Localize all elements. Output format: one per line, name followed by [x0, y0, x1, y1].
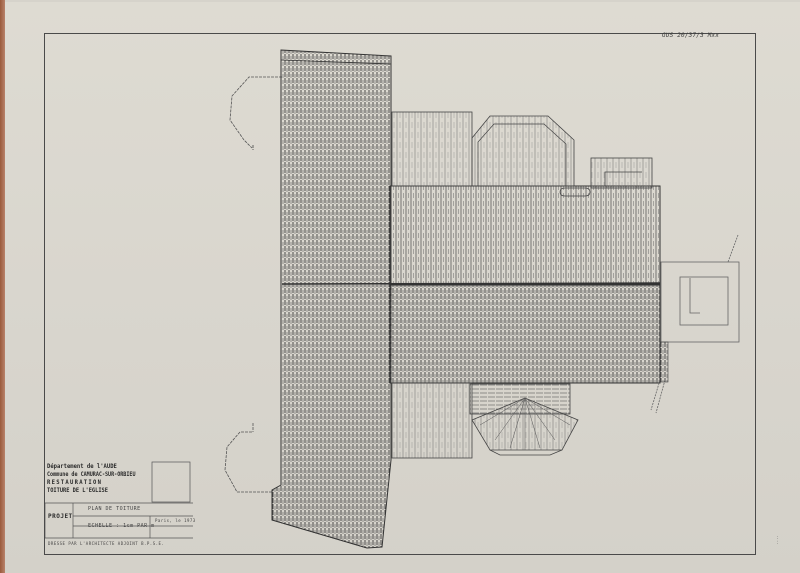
south-octagonal-chapel	[470, 384, 578, 455]
west-tower-roof	[272, 50, 391, 548]
octagon-outline-top	[230, 77, 282, 150]
margin-note: ....	[776, 535, 781, 545]
date-label: Paris, le 1973	[155, 518, 196, 523]
north-apse-chapel	[472, 116, 574, 186]
nave-roof-north	[390, 186, 660, 284]
architect-label: DRESSE PAR L'ARCHITECTE ADJOINT B.P.S.E.	[48, 541, 164, 546]
north-chapel-left	[392, 112, 472, 186]
east-annex-outline	[651, 235, 739, 413]
department-label: Département de l'AUDE	[47, 462, 117, 470]
sheet-title: PLAN DE TOITURE	[88, 506, 141, 512]
east-stub-roof	[660, 342, 668, 382]
project-line-1: RESTAURATION	[47, 478, 102, 486]
stage-label: PROJET	[48, 513, 73, 520]
south-chapel-left	[392, 383, 472, 458]
octagon-outline-bottom	[225, 423, 272, 492]
project-line-2: TOITURE DE L'EGLISE	[47, 486, 108, 494]
scale-label: ECHELLE : 1cm PAR m	[88, 523, 155, 529]
ridge-line	[282, 283, 660, 284]
commune-label: Commune de CAMURAC-SUR-ORBIEU	[47, 470, 136, 478]
north-annex	[591, 158, 652, 188]
nave-roof-south	[390, 285, 660, 383]
